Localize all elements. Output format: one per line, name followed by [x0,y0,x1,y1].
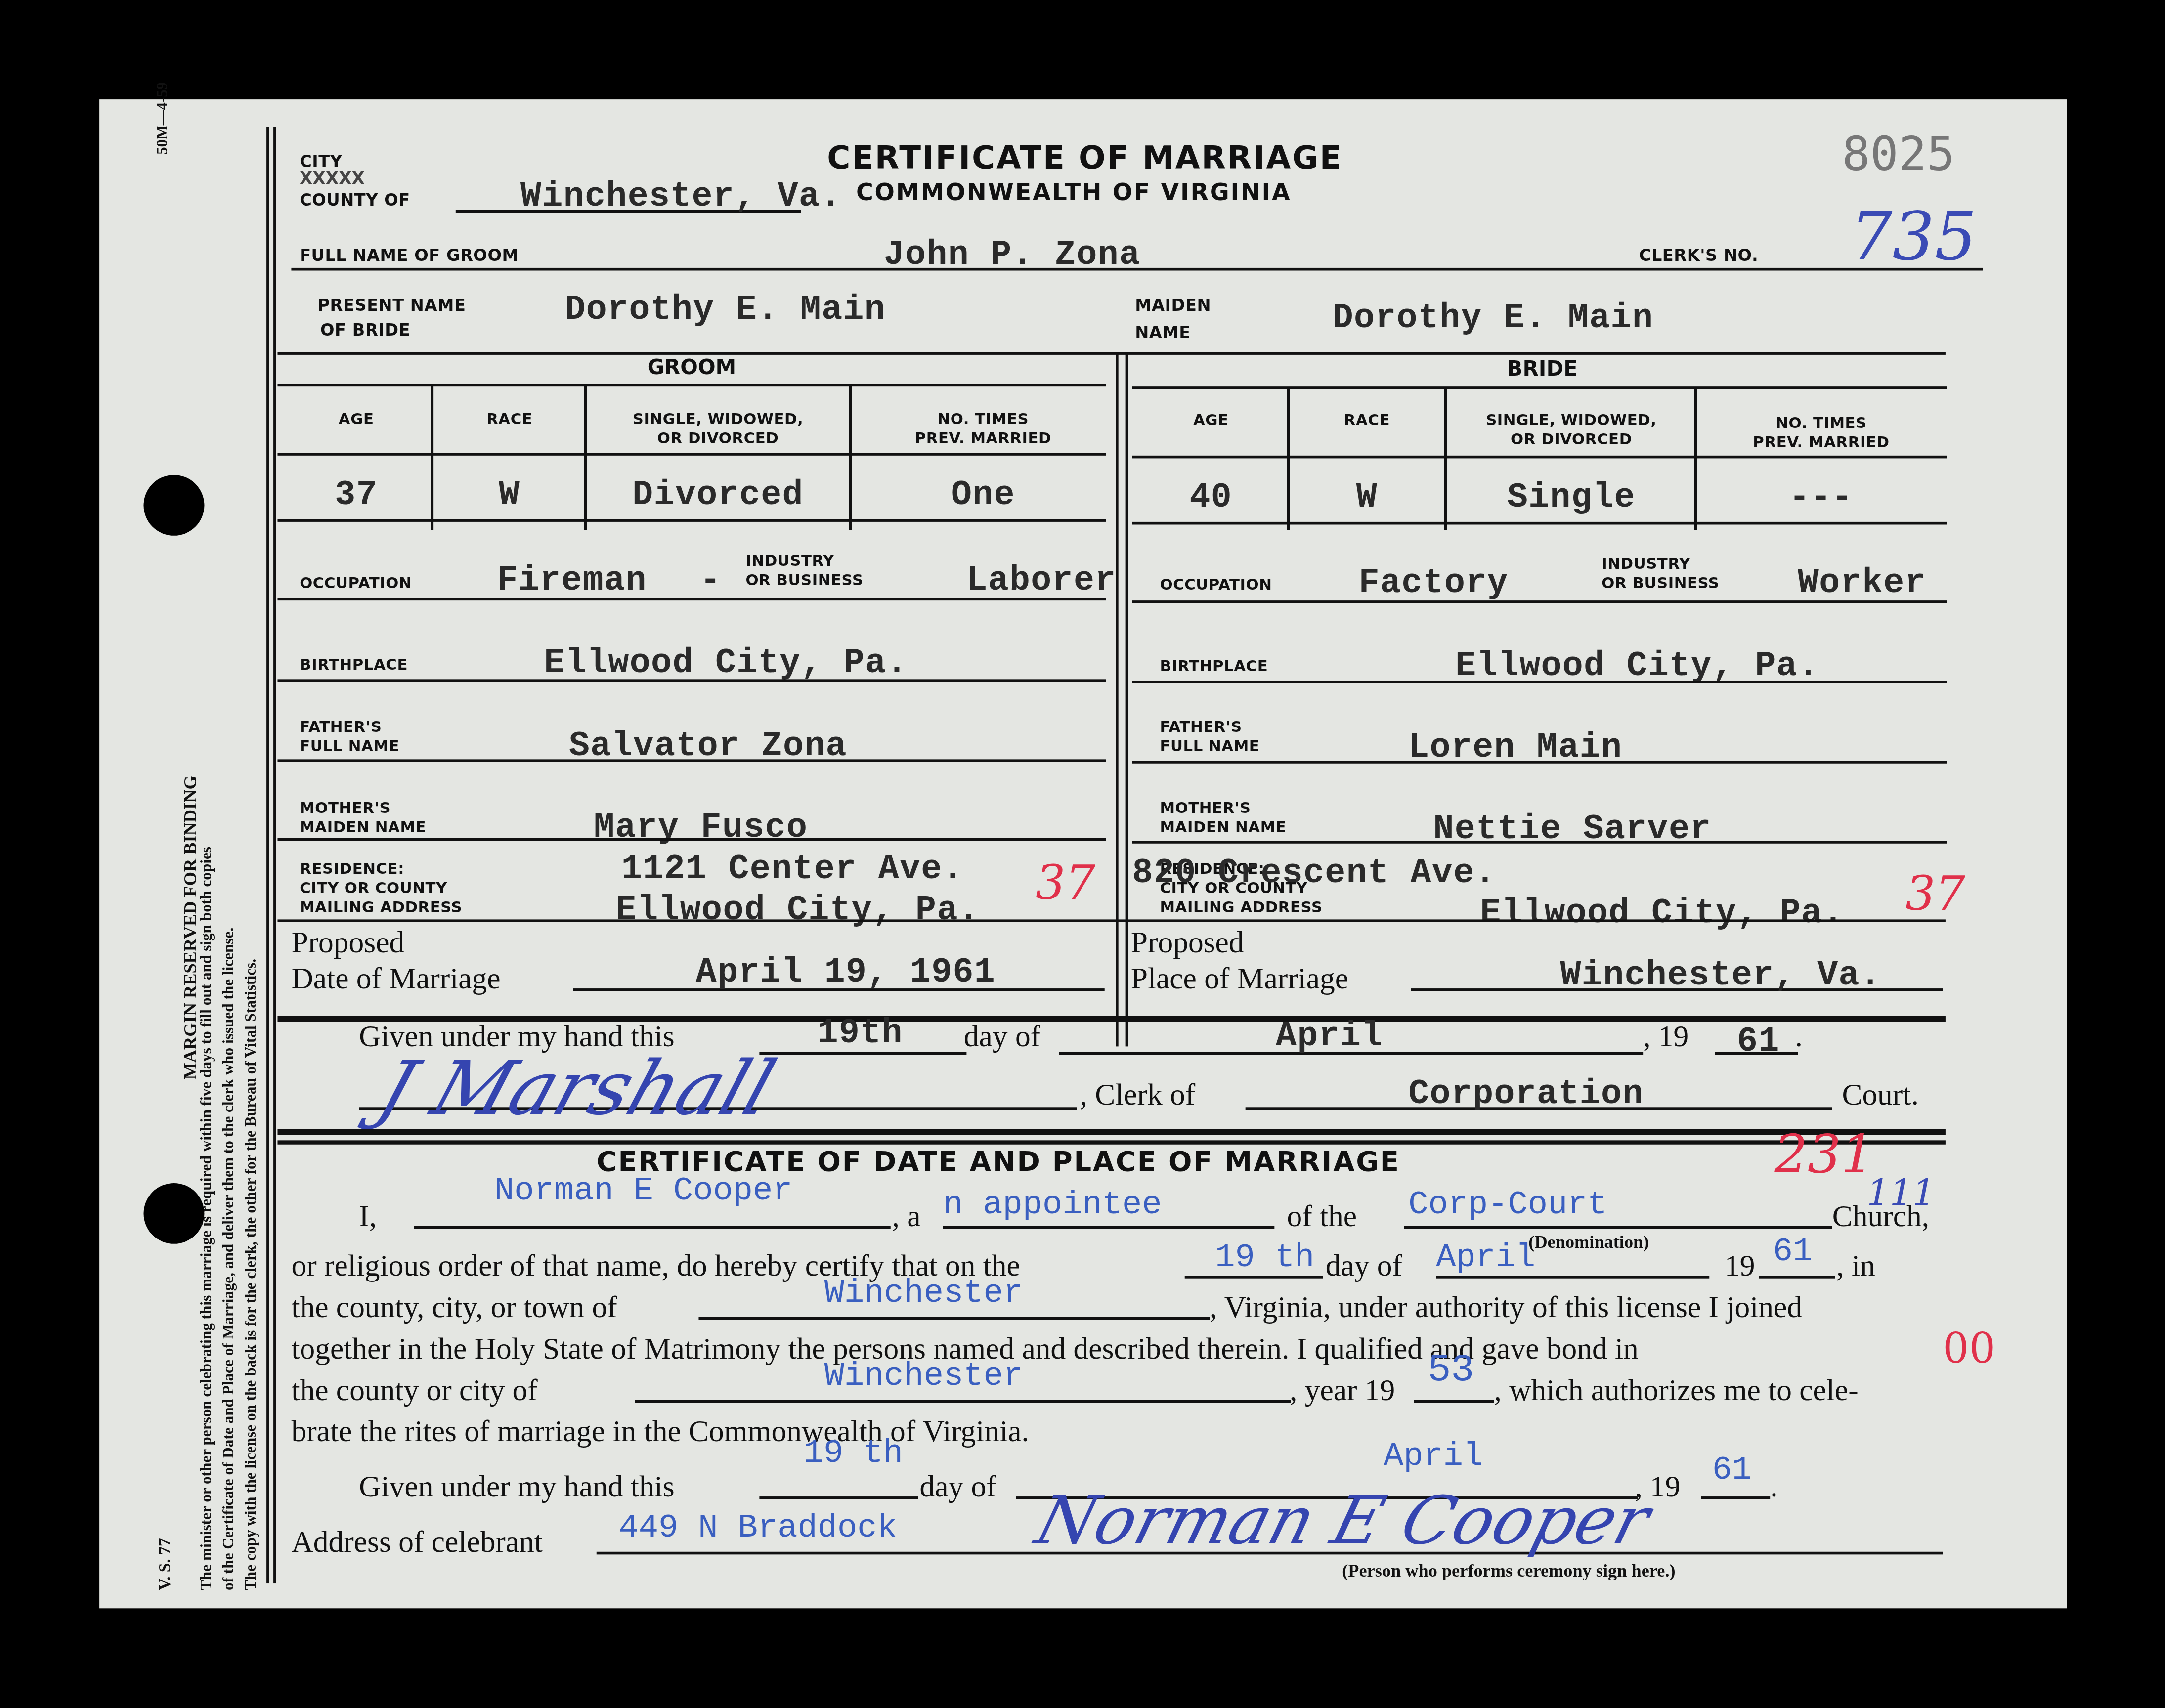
groom-mother-label-2: MAIDEN NAME [300,818,426,838]
groom-times-header-2: PREV. MARRIED [852,429,1115,449]
license-day-of: day of [964,1019,1040,1055]
ceremony-given-year: 61 [1712,1452,1752,1490]
groom-residence-street: 1121 Center Ave. [621,849,964,889]
groom-age-header: AGE [280,410,432,429]
court-label: Court. [1842,1077,1918,1113]
groom-industry: Laborer [966,560,1116,600]
address-label: Address of celebrant [291,1524,543,1560]
groom-status-header-1: SINGLE, WIDOWED, [585,410,850,429]
proposed-date-label-1: Proposed [291,925,404,961]
ceremony-given-year-suffix: . [1770,1469,1777,1505]
proposed-place-label-2: Place of Marriage [1131,961,1348,997]
bride-industry-label-1: INDUSTRY [1602,555,1690,574]
groom-mother-label-1: MOTHER'S [300,799,390,818]
groom-name-label: FULL NAME OF GROOM [300,246,519,265]
groom-red-code: 37 [1036,856,1095,911]
bride-status-header-1: SINGLE, WIDOWED, [1447,411,1695,430]
bride-maiden-name: Dorothy E. Main [1333,298,1654,338]
margin-instruction-1: The minister or other person celebrating… [199,847,216,1590]
groom-age: 37 [280,475,432,515]
ceremony-line-3-suffix: , Virginia, under authority of this lice… [1210,1289,1802,1325]
groom-residence-label-1: RESIDENCE: [300,860,404,879]
groom-occupation: Fireman [497,560,647,600]
proposed-date-label-2: Date of Marriage [291,961,500,997]
present-name-label: PRESENT NAME [317,296,466,315]
groom-times-prev-married: One [852,475,1115,515]
certificate-title: CERTIFICATE OF MARRIAGE [827,141,1342,177]
ceremony-year-prefix: 19 [1725,1248,1755,1284]
groom-occupation-dash: - [700,560,721,600]
bond-year: 53 [1428,1350,1474,1393]
name-label: NAME [1135,323,1191,342]
ceremony-town: Winchester [824,1276,1023,1313]
ceremony-i-label: I, [359,1198,377,1235]
groom-residence-label-3: MAILING ADDRESS [300,899,462,918]
ceremony-given-day: 19 th [804,1436,903,1473]
bride-occupation-label: OCCUPATION [1160,576,1272,595]
marriage-certificate-paper: 50M—4-59 V. S. 77 MARGIN RESERVED FOR BI… [99,99,2067,1608]
groom-birthplace: Ellwood City, Pa. [544,643,908,683]
bride-residence-label-3: MAILING ADDRESS [1160,899,1322,918]
bride-industry-label-2: OR BUSINESS [1602,574,1719,594]
ceremony-year-suffix: , in [1836,1248,1875,1284]
form-code: 50M—4-59 [155,82,172,155]
groom-mother: Mary Fusco [594,808,808,848]
license-year-suffix: . [1795,1019,1802,1055]
groom-times-header-1: NO. TIMES [852,410,1115,429]
denomination-note: (Denomination) [1528,1232,1649,1254]
maiden-label: MAIDEN [1135,296,1211,315]
ceremony-bond-year-prefix: , year 19 [1290,1372,1395,1409]
ceremony-month: April [1436,1239,1535,1277]
ceremony-day: 19 th [1215,1239,1314,1277]
license-day: 19th [818,1013,903,1053]
bride-residence-street: 820 Crescent Ave. [1132,853,1496,893]
celebrant-signature: Norman E Cooper [1028,1483,1658,1560]
groom-birthplace-label: BIRTHPLACE [300,656,408,675]
groom-race: W [433,475,585,515]
groom-industry-label-1: INDUSTRY [745,552,834,571]
clerk-of-label: , Clerk of [1080,1077,1195,1113]
bride-race: W [1290,478,1444,518]
ceremony-red-mark: 00 [1943,1325,1995,1374]
certificate-subtitle: COMMONWEALTH OF VIRGINIA [856,179,1292,207]
bride-race-header: RACE [1290,411,1444,430]
proposed-place-value: Winchester, Va. [1560,955,1882,995]
stamp-number: 8025 [1842,127,1955,182]
ceremony-of-the: of the [1287,1198,1357,1235]
vs-code: V. S. 77 [155,1538,175,1590]
license-month: April [1276,1016,1383,1056]
of-bride-label: OF BRIDE [320,320,410,340]
bride-industry: Worker [1798,563,1926,603]
officiant-role: n appointee [943,1187,1162,1224]
ceremony-church: Church, [1832,1198,1929,1235]
groom-residence-label-2: CITY OR COUNTY [300,879,447,898]
bond-city: Winchester [824,1359,1023,1396]
city-value: Winchester, Va. [520,177,842,217]
bride-present-name: Dorothy E. Main [565,290,886,330]
county-of-label: COUNTY OF [300,190,410,210]
binding-hole-bottom [144,1183,205,1244]
bride-times-header-1: NO. TIMES [1697,414,1946,433]
clerks-no-label: CLERK'S NO. [1639,246,1758,265]
groom-status: Divorced [585,475,850,515]
bride-age: 40 [1135,478,1287,518]
celebrant-address: 449 N Braddock [618,1510,897,1547]
bride-heading: BRIDE [1135,356,1949,381]
ceremony-given-month: April [1384,1439,1483,1476]
bride-status-header-2: OR DIVORCED [1447,431,1695,450]
bride-red-code: 37 [1905,867,1965,922]
license-year-prefix: , 19 [1643,1019,1689,1055]
binding-hole-top [144,475,205,536]
ceremony-given-prefix: Given under my hand this [359,1469,674,1505]
clerks-no-value: 735 [1850,199,1977,276]
bride-age-header: AGE [1135,411,1287,430]
clerk-signature: J Marshall [368,1045,785,1132]
ceremony-given-day-of: day of [919,1469,996,1505]
court-type: Corporation [1408,1074,1644,1114]
bride-residence-city: Ellwood City, Pa. [1480,893,1844,933]
groom-residence-city: Ellwood City, Pa. [616,891,980,931]
denomination-value: Corp-Court [1408,1187,1607,1224]
bride-occupation: Factory [1359,563,1509,603]
bride-times-prev-married: --- [1697,478,1946,518]
margin-instruction-3: The copy with the license on the back is… [243,959,260,1590]
struck-county-label: XXXXX [300,169,365,188]
groom-father-label-2: FULL NAME [300,737,399,757]
groom-heading: GROOM [277,355,1106,380]
ceremony-line-6: brate the rites of marriage in the Commo… [291,1413,1029,1450]
bride-status: Single [1447,478,1695,518]
groom-occupation-label: OCCUPATION [300,574,412,594]
groom-father-label-1: FATHER'S [300,718,382,737]
ceremony-a-label: , a [892,1198,921,1235]
margin-rule-2 [273,127,276,1583]
ceremony-year: 61 [1773,1234,1813,1271]
ceremony-day-of: day of [1326,1248,1402,1284]
bride-mother-label-1: MOTHER'S [1160,799,1251,818]
document-scan: 50M—4-59 V. S. 77 MARGIN RESERVED FOR BI… [0,0,2165,1708]
proposed-date-value: April 19, 1961 [696,952,996,992]
margin-heading: MARGIN RESERVED FOR BINDING [179,775,202,1079]
bride-father-label-1: FATHER'S [1160,718,1242,737]
signature-note: (Person who performs ceremony sign here.… [1342,1560,1675,1582]
ceremony-line-5-suffix: , which authorizes me to cele- [1494,1372,1858,1409]
bride-times-header-2: PREV. MARRIED [1697,433,1946,453]
bride-mother-label-2: MAIDEN NAME [1160,818,1286,838]
officiant-name: Norman E Cooper [494,1173,793,1210]
ceremony-line-3: the county, city, or town of [291,1289,617,1325]
ceremony-red-code: 231 [1775,1124,1875,1185]
license-year: 61 [1737,1022,1780,1062]
groom-status-header-2: OR DIVORCED [585,429,850,449]
margin-rule [266,127,269,1583]
bride-father-label-2: FULL NAME [1160,737,1259,757]
groom-race-header: RACE [433,410,585,429]
ceremony-line-5: the county or city of [291,1372,537,1409]
bride-birthplace-label: BIRTHPLACE [1160,657,1268,677]
margin-instruction-2: of the Certificate of Date and Place of … [221,928,238,1590]
groom-industry-label-2: OR BUSINESS [745,571,863,591]
ceremony-heading: CERTIFICATE OF DATE AND PLACE OF MARRIAG… [597,1145,1400,1178]
proposed-place-label-1: Proposed [1131,925,1244,961]
